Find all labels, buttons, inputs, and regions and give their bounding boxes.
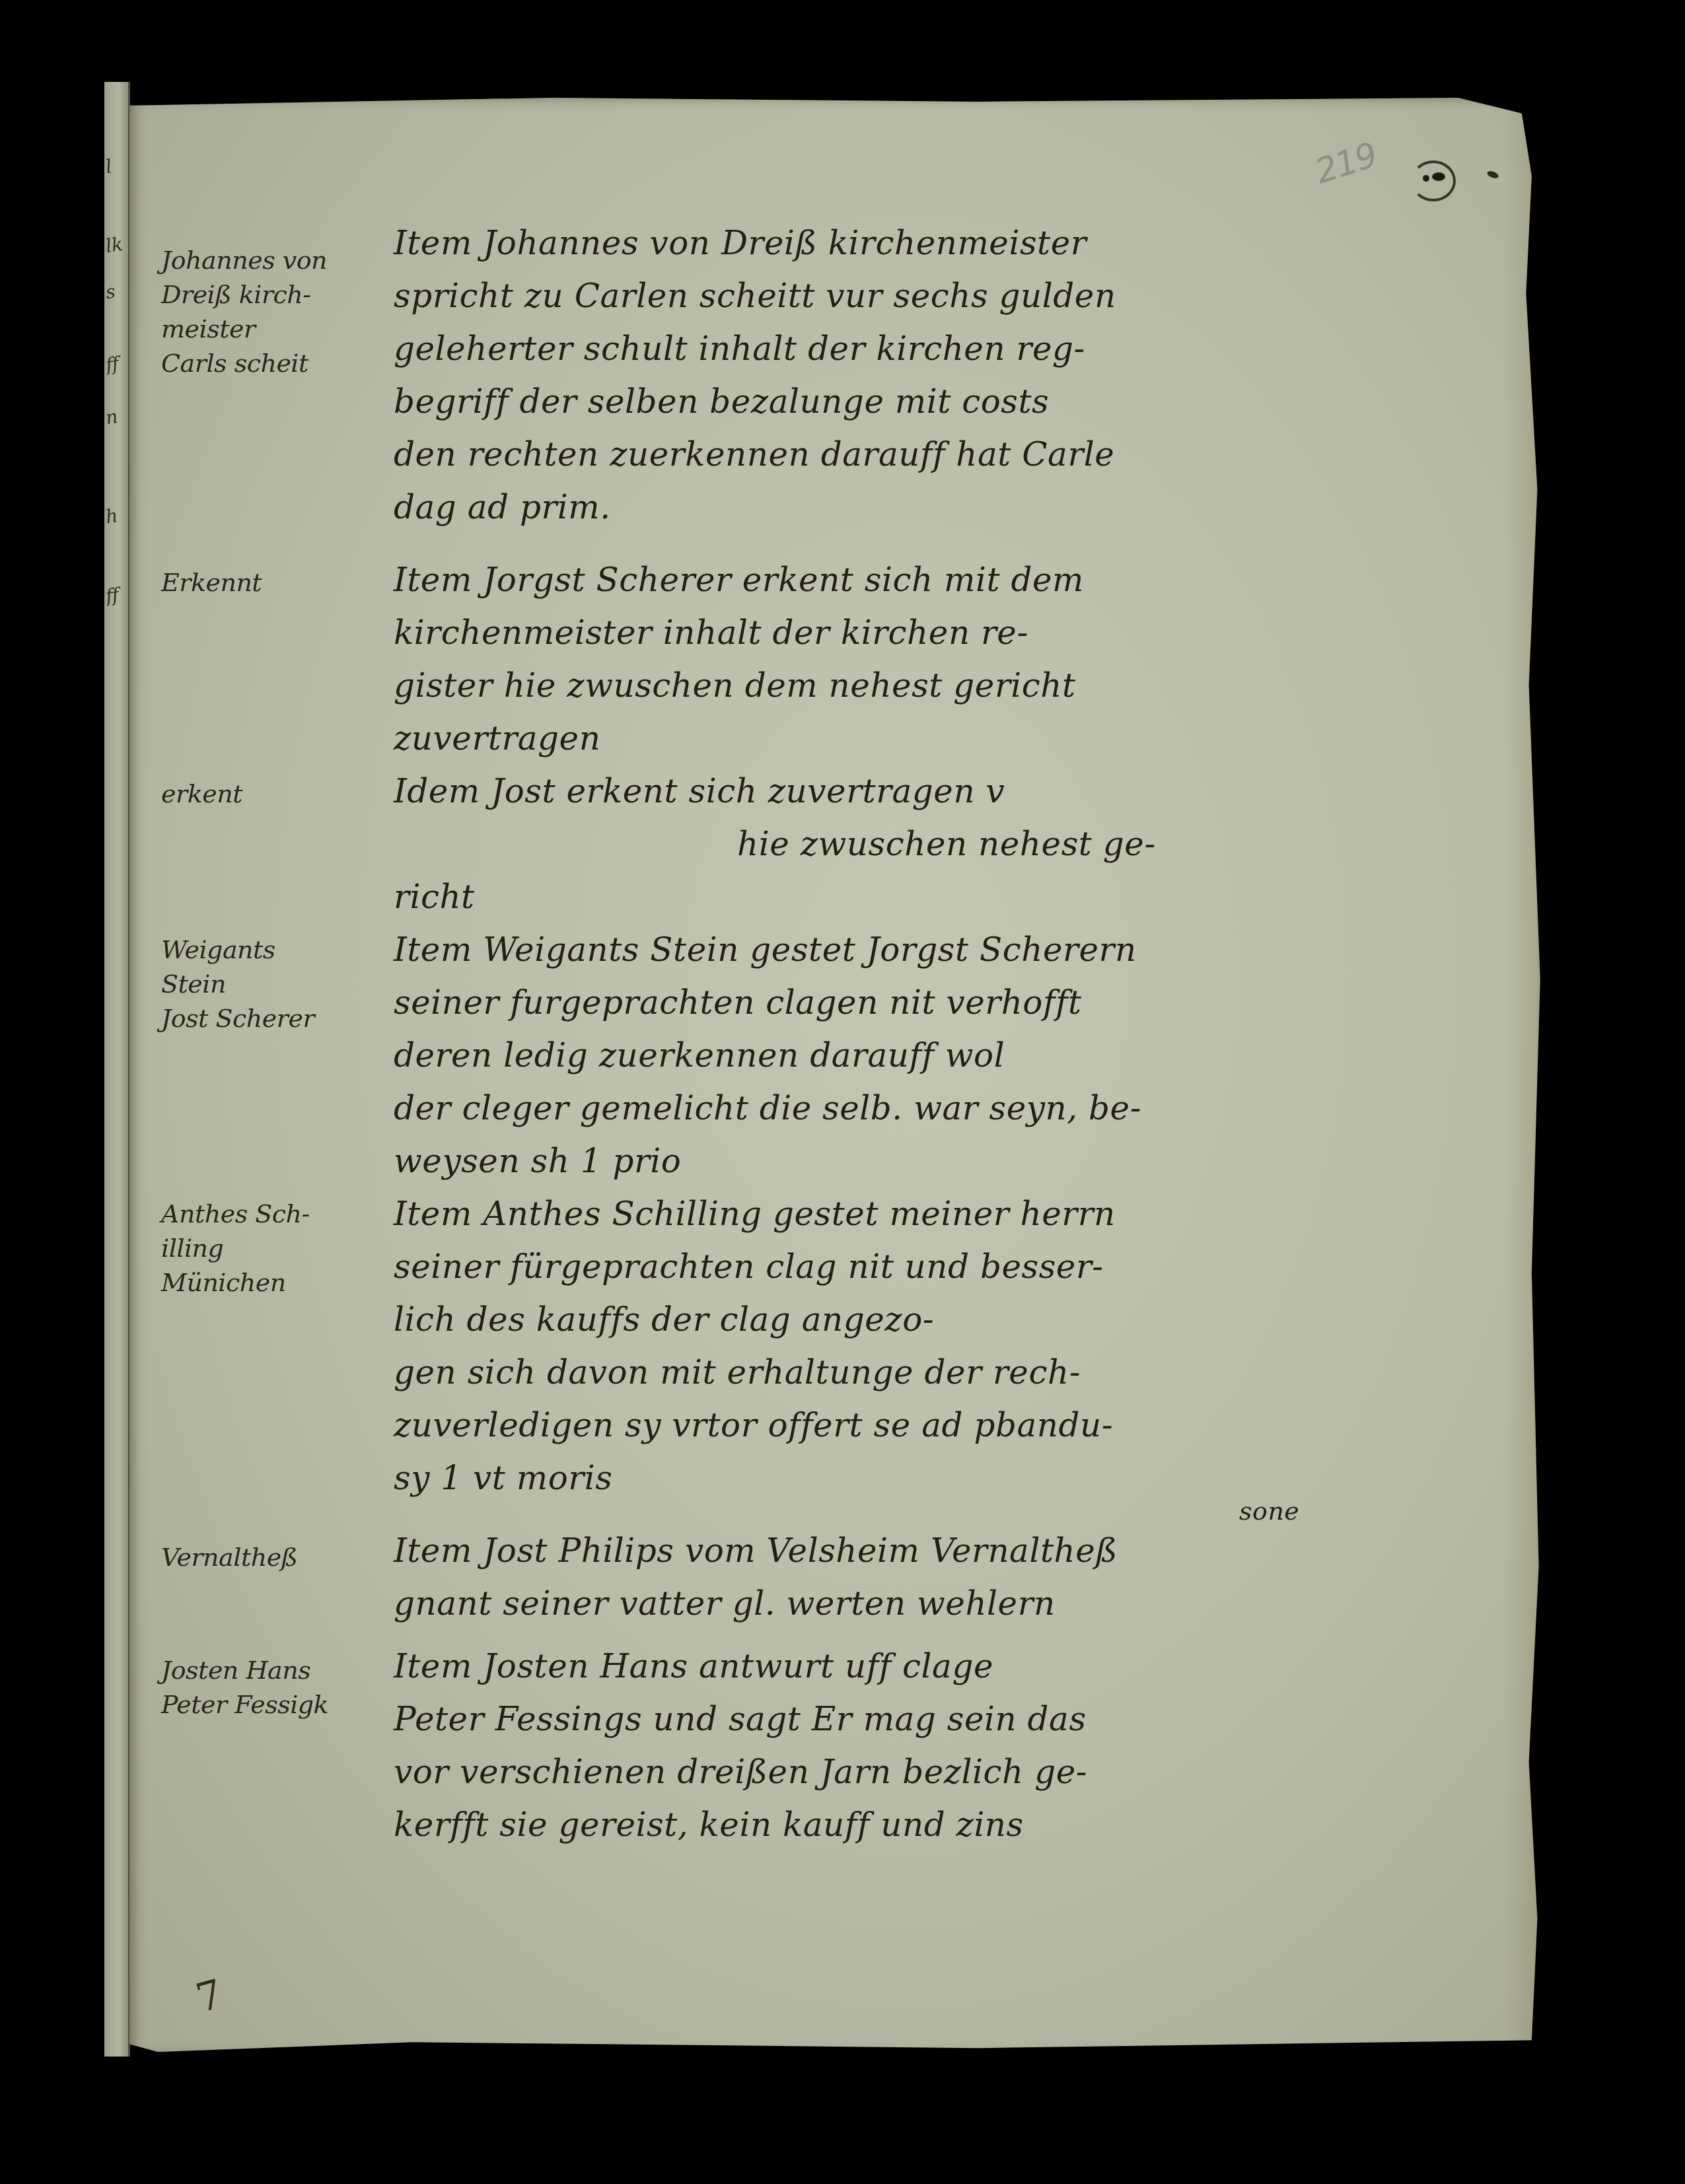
ink-dot-icon — [1432, 172, 1445, 181]
text-line: Item Weigants Stein gestet Jorgst Schere… — [394, 923, 1530, 976]
text-line: lich des kauffs der clag angezo- — [394, 1293, 1530, 1346]
entry-text: Item Jorgst Scherer erkent sich mit dem … — [394, 553, 1530, 765]
text-line: gnant seiner vatter gl. werten wehlern — [394, 1577, 1530, 1630]
margin-note: erkent — [161, 777, 379, 811]
margin-note-line: Erkennt — [161, 565, 379, 600]
margin-note-line: Weigants — [161, 933, 379, 967]
margin-note-line: Carls scheit — [161, 346, 379, 380]
margin-note-line: erkent — [161, 777, 379, 811]
entry-text: Item Weigants Stein gestet Jorgst Schere… — [394, 923, 1530, 1187]
text-line: seiner furgeprachten clagen nit verhofft — [394, 976, 1530, 1029]
facing-page-fragment: n — [104, 404, 129, 429]
superscript-annotation: sone — [394, 1498, 1530, 1524]
manuscript-page: 219 Johannes von Dreiß kirch- meister Ca… — [129, 98, 1543, 2056]
margin-note: Erkennt — [161, 565, 379, 600]
text-line: spricht zu Carlen scheitt vur sechs guld… — [394, 269, 1530, 322]
text-line: deren ledig zuerkennen darauff wol — [394, 1029, 1530, 1082]
facing-page-fragment: ff — [104, 582, 129, 607]
text-line: weysen sh 1 prio — [394, 1135, 1530, 1187]
text-line: Item Jorgst Scherer erkent sich mit dem — [394, 553, 1530, 606]
text-line: Item Josten Hans antwurt uff clage — [394, 1640, 1530, 1693]
text-line: zuverledigen sy vrtor offert se ad pband… — [394, 1399, 1530, 1452]
margin-note: Anthes Sch- illing Münichen — [161, 1197, 379, 1300]
margin-note-line: Johannes von — [161, 243, 379, 277]
text-line: vor verschienen dreißen Jarn bezlich ge- — [394, 1745, 1530, 1798]
text-line: der cleger gemelicht die selb. war seyn,… — [394, 1082, 1530, 1135]
ink-dot-icon — [1423, 175, 1429, 182]
facing-page-fragment: ff — [104, 351, 129, 376]
ink-blot-icon — [1486, 170, 1499, 180]
text-line: Idem Jost erkent sich zuvertragen v — [394, 765, 1530, 818]
text-line: Item Johannes von Dreiß kirchenmeister — [394, 217, 1530, 269]
bottom-tick-mark: 7 — [192, 1971, 228, 2022]
text-line: Item Jost Philips vom Velsheim Vernalthe… — [394, 1524, 1530, 1577]
facing-page-edge: l lk s ff n h ff — [104, 82, 130, 2057]
text-line: Item Anthes Schilling gestet meiner herr… — [394, 1187, 1530, 1240]
margin-note-line: Stein — [161, 967, 379, 1001]
text-line: begriff der selben bezalunge mit costs — [394, 375, 1530, 428]
entry-text: Item Josten Hans antwurt uff clage Peter… — [394, 1640, 1530, 1851]
entry-text: sone Item Jost Philips vom Velsheim Vern… — [394, 1498, 1530, 1630]
entry-text: Item Anthes Schilling gestet meiner herr… — [394, 1187, 1530, 1504]
margin-note-line: Peter Fessigk — [161, 1687, 379, 1722]
text-line: hie zwuschen nehest ge- — [394, 818, 1530, 870]
text-line: geleherter schult inhalt der kirchen reg… — [394, 322, 1530, 375]
margin-note: Johannes von Dreiß kirch- meister Carls … — [161, 243, 379, 380]
text-line: richt — [394, 870, 1530, 923]
facing-page-fragment: h — [104, 503, 129, 528]
text-line: dag ad prim. — [394, 481, 1530, 534]
folio-number: 219 — [1310, 135, 1381, 192]
facing-page-fragment: s — [104, 279, 129, 303]
text-line: gen sich davon mit erhaltunge der rech- — [394, 1346, 1530, 1399]
text-line: gister hie zwuschen dem nehest gericht — [394, 659, 1530, 712]
margin-note: Josten Hans Peter Fessigk — [161, 1653, 379, 1722]
margin-note-line: Vernaltheß — [161, 1540, 379, 1574]
text-line: Peter Fessings und sagt Er mag sein das — [394, 1693, 1530, 1745]
margin-note-line: illing — [161, 1231, 379, 1265]
entry-text: Item Johannes von Dreiß kirchenmeister s… — [394, 217, 1530, 534]
text-line: den rechten zuerkennen darauff hat Carle — [394, 428, 1530, 481]
text-line: kirchenmeister inhalt der kirchen re- — [394, 606, 1530, 659]
margin-note-line: Josten Hans — [161, 1653, 379, 1687]
facing-page-fragment: l — [104, 153, 129, 178]
margin-note-line: Münichen — [161, 1265, 379, 1300]
facing-page-fragment: lk — [104, 232, 129, 257]
margin-note-line: meister — [161, 312, 379, 346]
text-line: seiner fürgeprachten clag nit und besser… — [394, 1240, 1530, 1293]
margin-note-line: Jost Scherer — [161, 1001, 379, 1036]
margin-note: Vernaltheß — [161, 1540, 379, 1574]
text-line: zuvertragen — [394, 712, 1530, 765]
margin-note-line: Dreiß kirch- — [161, 277, 379, 312]
margin-note: Weigants Stein Jost Scherer — [161, 933, 379, 1036]
margin-note-line: Anthes Sch- — [161, 1197, 379, 1231]
text-line: sy 1 vt moris — [394, 1452, 1530, 1504]
entry-text: Idem Jost erkent sich zuvertragen v hie … — [394, 765, 1530, 923]
text-line: kerfft sie gereist, kein kauff und zins — [394, 1798, 1530, 1851]
ink-stamp-mark-icon — [1411, 160, 1456, 201]
